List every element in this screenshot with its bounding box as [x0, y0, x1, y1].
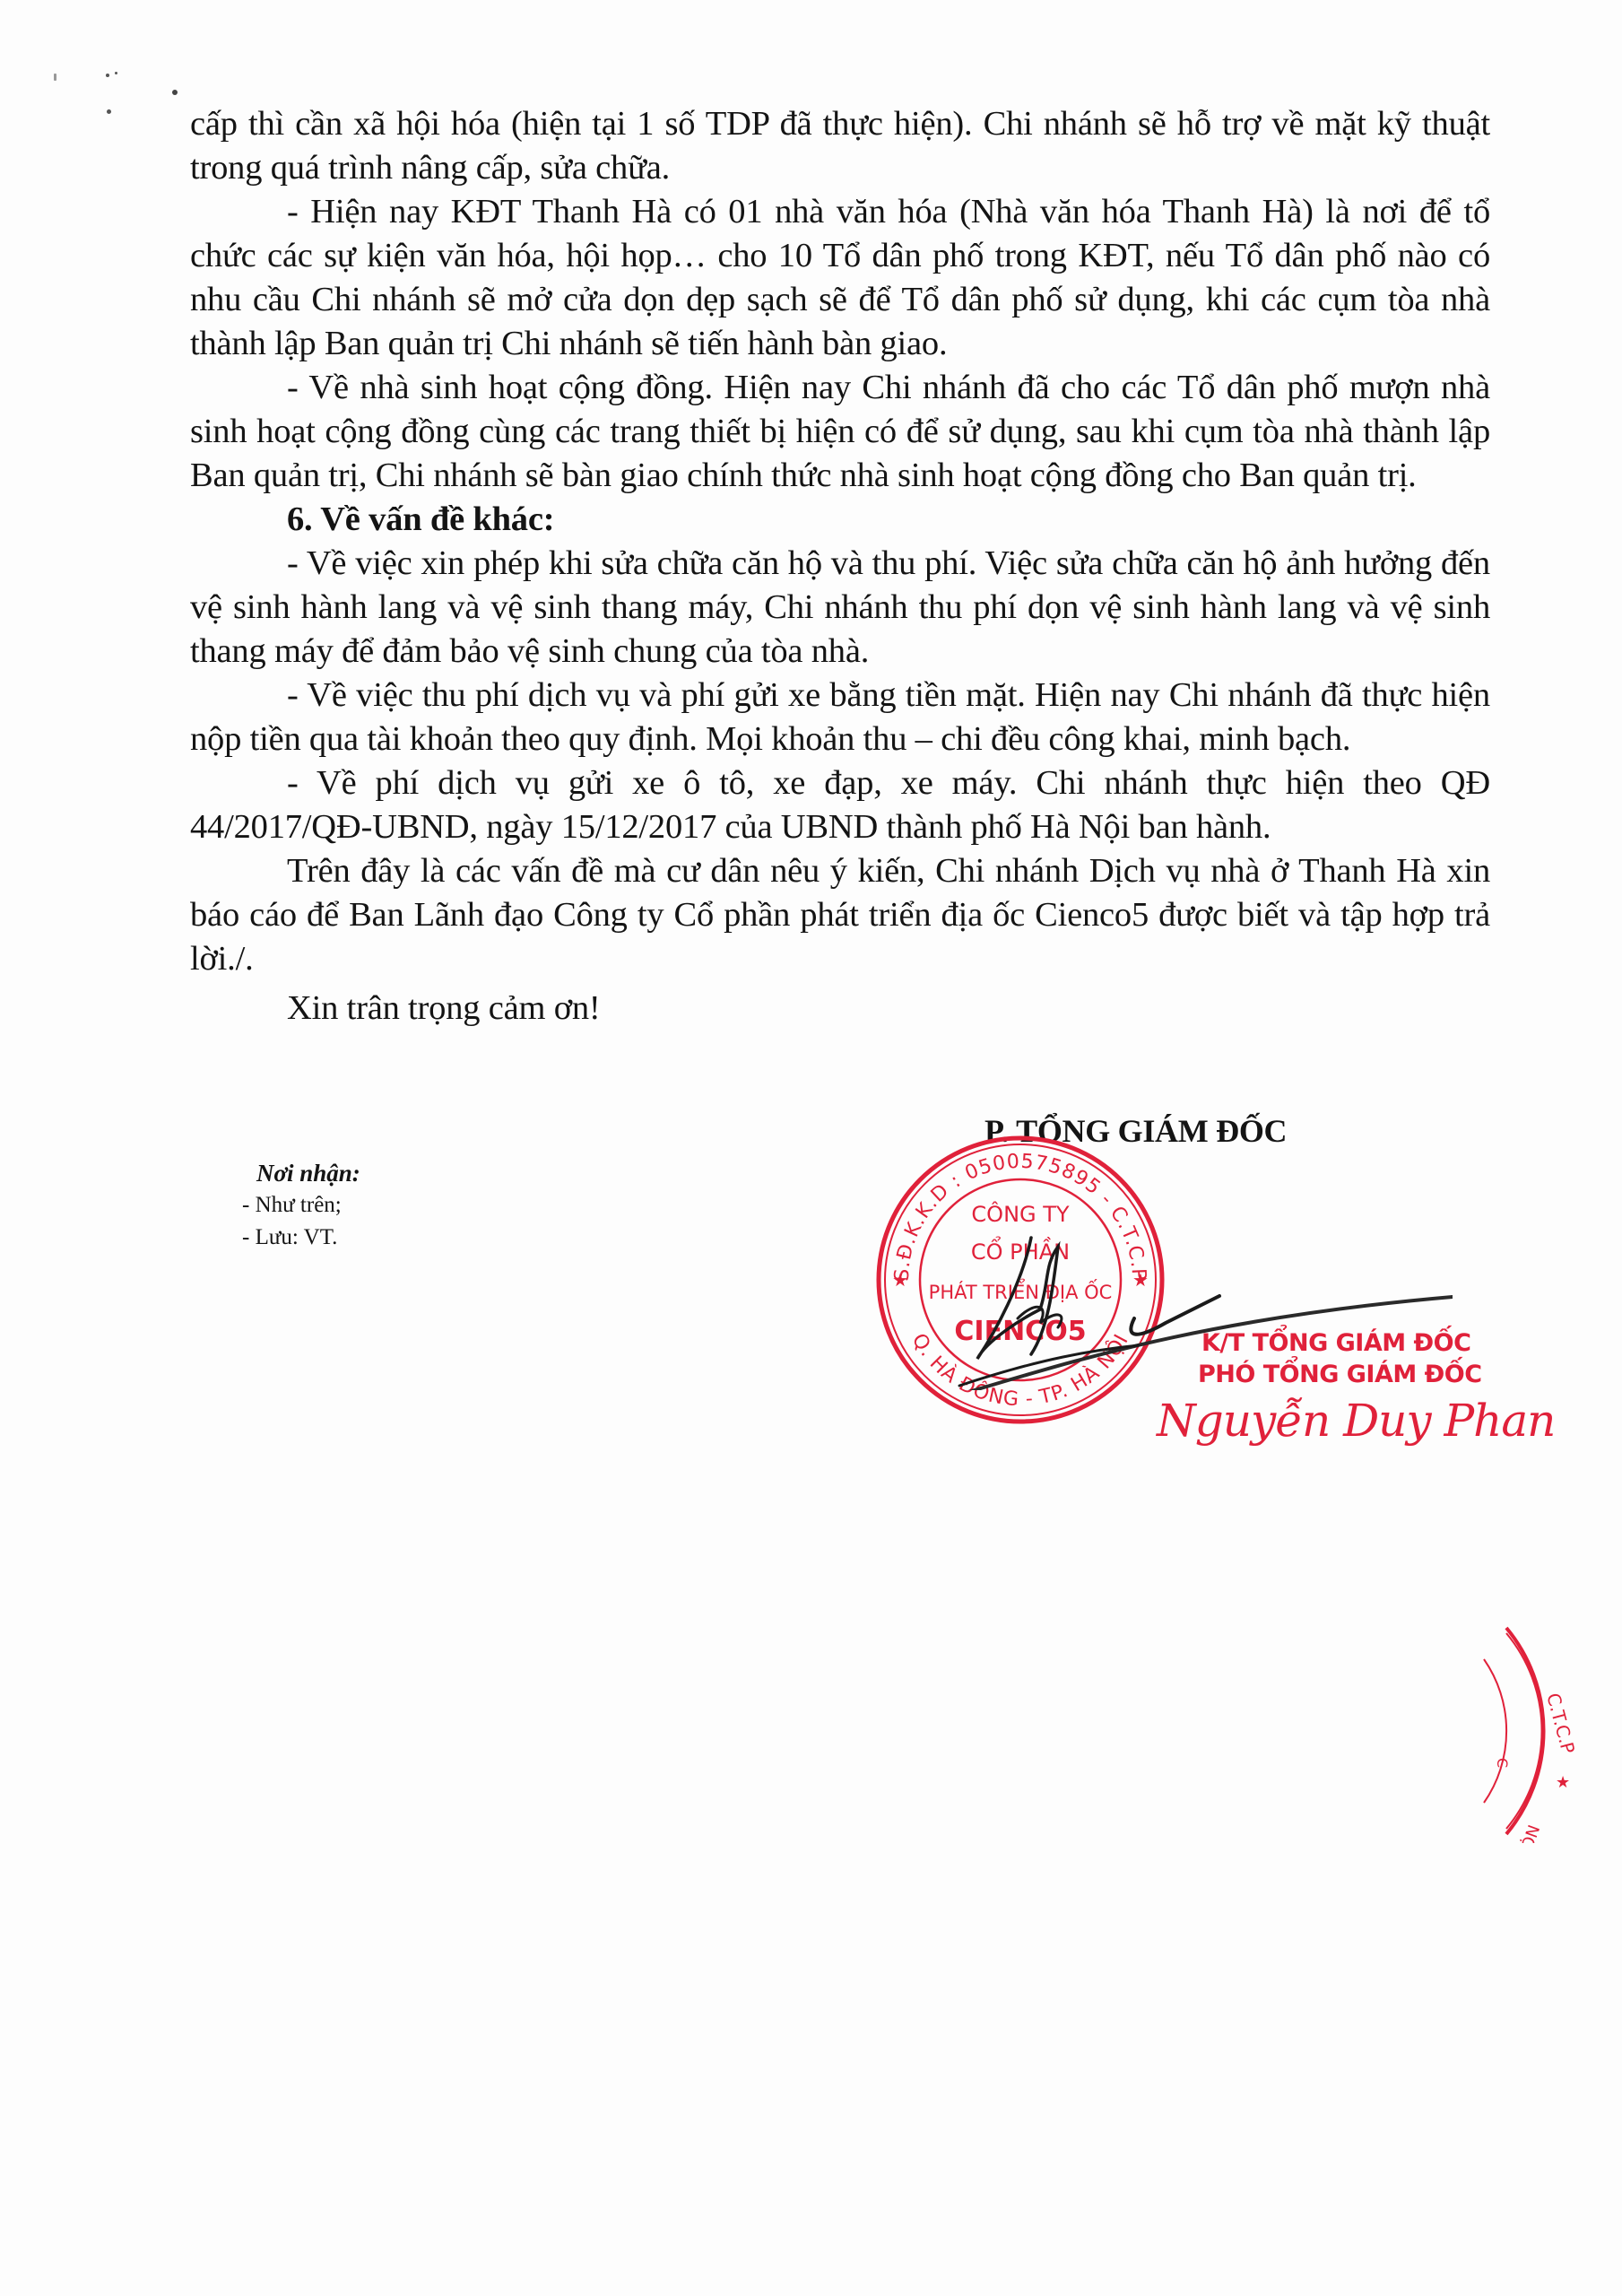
- paragraph-community-house: - Về nhà sinh hoạt cộng đồng. Hiện nay C…: [190, 366, 1490, 498]
- recipients-label: Nơi nhận:: [256, 1157, 360, 1189]
- signer-name: Nguyễn Duy Phan: [1157, 1395, 1555, 1447]
- recipient-item: - Như trên;: [242, 1189, 360, 1222]
- star-icon: ★: [892, 1271, 908, 1291]
- star-icon: ★: [1556, 1773, 1570, 1791]
- paragraph-closing: Xin trân trọng cảm ơn!: [190, 987, 1490, 1031]
- edge-seal-text-bottom: NỘI: [1514, 1822, 1543, 1843]
- paragraph-cultural-house: - Hiện nay KĐT Thanh Hà có 01 nhà văn hó…: [190, 190, 1490, 366]
- paragraph-parking-fees: - Về phí dịch vụ gửi xe ô tô, xe đạp, xe…: [190, 761, 1490, 849]
- section-heading-other-issues: 6. Về vấn đề khác:: [190, 498, 1490, 542]
- document-page: cấp thì cần xã hội hóa (hiện tại 1 số TD…: [0, 0, 1622, 2296]
- paragraph-continuation: cấp thì cần xã hội hóa (hiện tại 1 số TD…: [190, 102, 1490, 190]
- deputy-title-block: K/T TỔNG GIÁM ĐỐC PHÓ TỔNG GIÁM ĐỐC: [1201, 1327, 1482, 1390]
- paragraph-summary: Trên đây là các vấn đề mà cư dân nêu ý k…: [190, 849, 1490, 981]
- deputy-title-line2: PHÓ TỔNG GIÁM ĐỐC: [1198, 1359, 1482, 1390]
- document-body: cấp thì cần xã hội hóa (hiện tại 1 số TD…: [190, 102, 1490, 1031]
- deputy-title-line1: K/T TỔNG GIÁM ĐỐC: [1201, 1327, 1482, 1359]
- edge-seal-text: C.T.C.P: [1542, 1691, 1579, 1756]
- recipients-block: Nơi nhận: - Như trên; - Lưu: VT.: [242, 1157, 360, 1254]
- paragraph-repair-fees: - Về việc xin phép khi sửa chữa căn hộ v…: [190, 542, 1490, 674]
- recipient-item: - Lưu: VT.: [242, 1222, 360, 1254]
- paragraph-cash-fees: - Về việc thu phí dịch vụ và phí gửi xe …: [190, 674, 1490, 761]
- edge-seal-text-inner: C: [1494, 1758, 1511, 1768]
- partial-edge-seal: C.T.C.P ★ NỘI C: [1470, 1610, 1622, 1843]
